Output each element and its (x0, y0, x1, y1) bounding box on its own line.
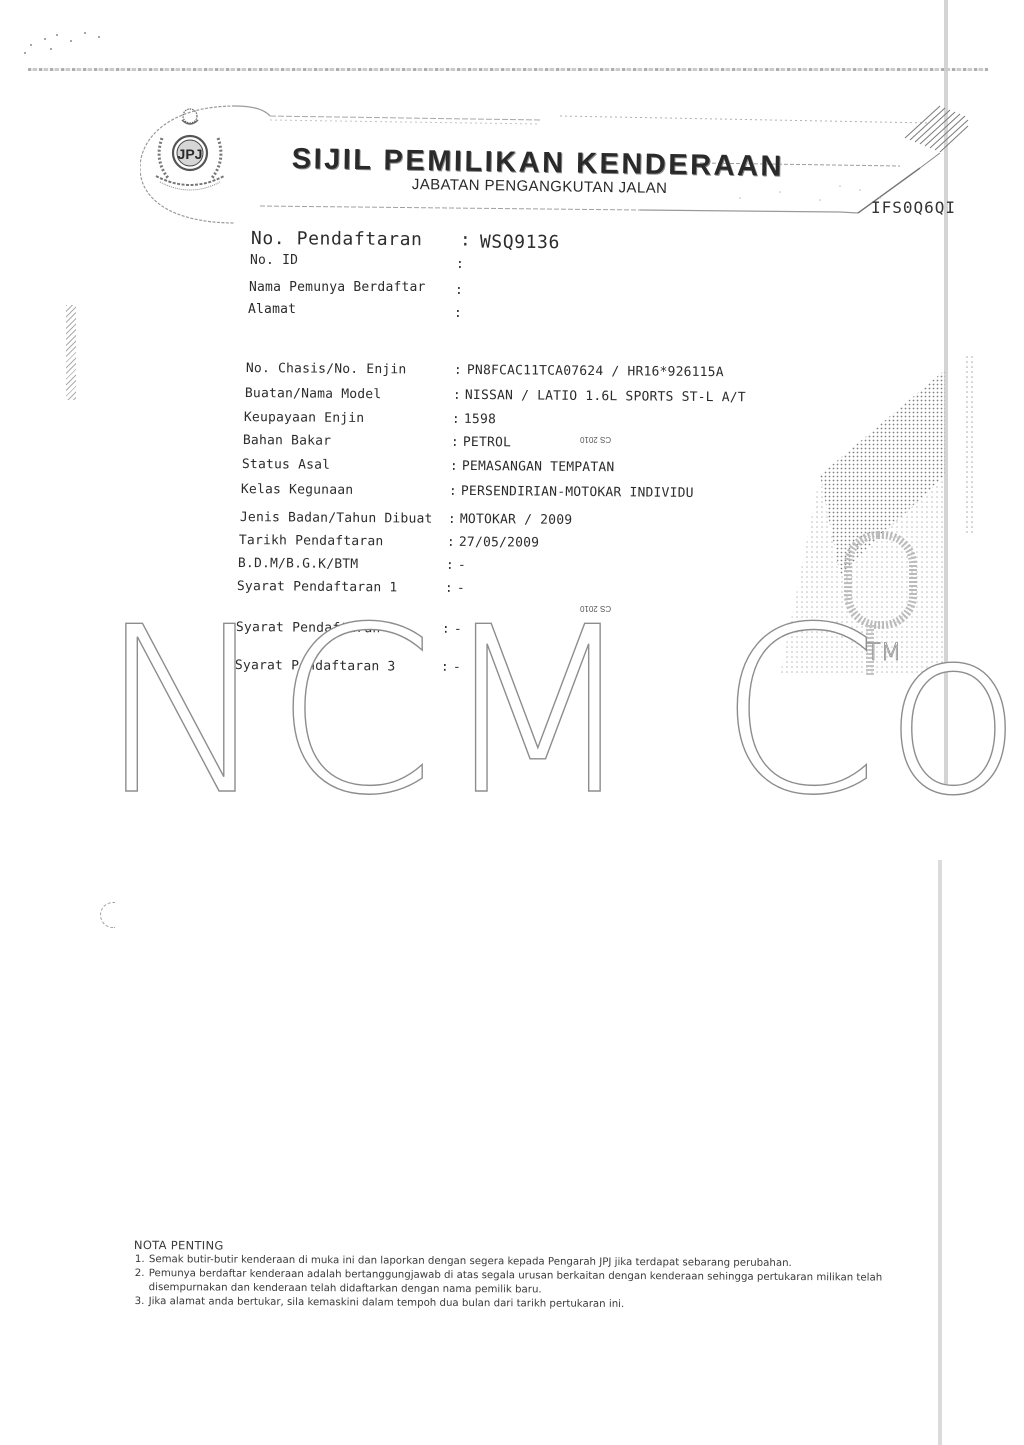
field-label: Status Asal (242, 457, 330, 473)
field-separator: : (460, 229, 471, 250)
field-label: Keupayaan Enjin (244, 410, 365, 426)
field-label: No. ID (250, 253, 298, 268)
mirrored-stamp: CS 2010 (580, 435, 611, 444)
field-value: - (458, 558, 466, 573)
field-value: - (454, 622, 462, 637)
field-separator: : (442, 622, 450, 637)
field-label: Tarikh Pendaftaran (239, 533, 384, 549)
field-label: Syarat Pendaftaran 1 (237, 579, 398, 595)
field-separator: : (446, 558, 454, 573)
chassis-engine-number: PN8FCAC11TCA07624 / HR16*926115A (467, 363, 724, 380)
field-label: Nama Pemunya Berdaftar (249, 280, 426, 295)
field-label: Bahan Bakar (243, 433, 331, 449)
fuel-type: PETROL (463, 435, 511, 450)
field-label: B.D.M/B.G.K/BTM (238, 556, 359, 572)
make-model: NISSAN / LATIO 1.6L SPORTS ST-L A/T (465, 388, 746, 405)
field-label: Alamat (248, 302, 296, 317)
engine-capacity: 1598 (464, 412, 496, 427)
mirrored-stamp: CS 2010 (580, 604, 611, 613)
important-notes: NOTA PENTING Semak butir-butir kenderaan… (134, 1238, 934, 1314)
body-type-year: MOTOKAR / 2009 (460, 512, 573, 528)
vehicle-details: No. Pendaftaran : WSQ9136 No. ID : Nama … (0, 0, 1024, 1445)
field-label: No. Pendaftaran (251, 228, 423, 250)
field-label: Jenis Badan/Tahun Dibuat (240, 510, 433, 527)
field-separator: : (453, 388, 461, 403)
origin-status: PEMASANGAN TEMPATAN (462, 459, 615, 475)
registration-number: WSQ9136 (480, 232, 560, 254)
registration-date: 27/05/2009 (459, 535, 539, 551)
security-hologram-icon (780, 355, 980, 685)
field-label: Syarat Pendaftaran 2 (236, 620, 397, 636)
field-label: No. Chasis/No. Enjin (246, 361, 407, 377)
field-separator: : (448, 512, 456, 527)
field-value: - (457, 581, 465, 596)
field-separator: : (441, 660, 449, 675)
field-value: - (453, 660, 461, 675)
field-label: Kelas Kegunaan (241, 482, 354, 498)
field-separator: : (454, 306, 462, 321)
field-label: Syarat Pendaftaran 3 (235, 658, 396, 674)
field-label: Buatan/Nama Model (245, 386, 382, 402)
field-separator: : (450, 459, 458, 474)
field-separator: : (456, 257, 464, 272)
field-separator: : (445, 581, 453, 596)
field-separator: : (451, 435, 459, 450)
field-separator: : (454, 363, 462, 378)
field-separator: : (447, 535, 455, 550)
field-separator: : (452, 412, 460, 427)
field-separator: : (455, 283, 463, 298)
field-separator: : (449, 484, 457, 499)
usage-class: PERSENDIRIAN-MOTOKAR INDIVIDU (461, 484, 694, 501)
